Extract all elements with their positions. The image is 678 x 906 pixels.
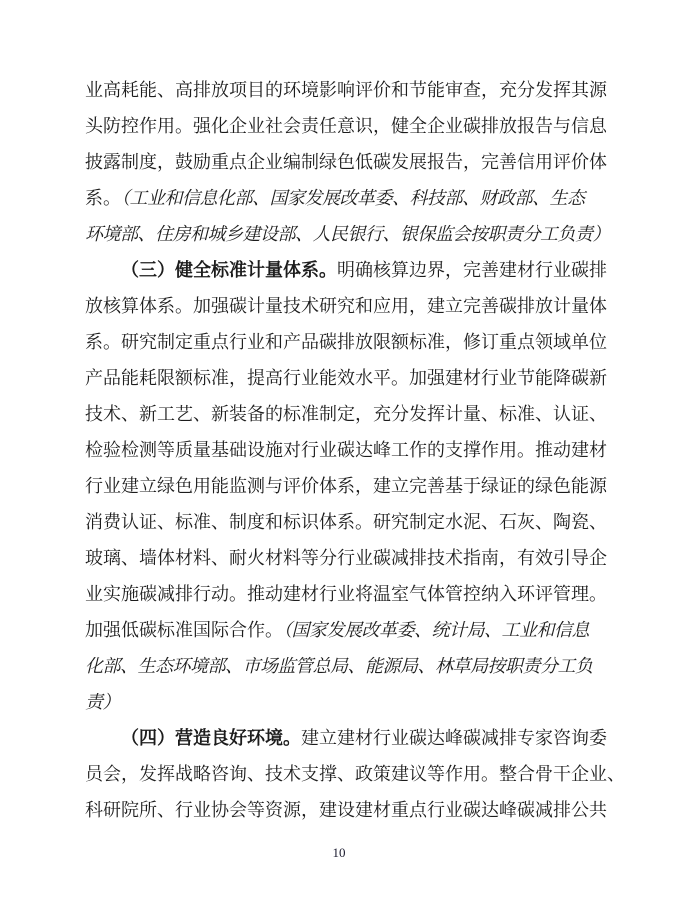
text-line: 业高耗能、高排放项目的环境影响评价和节能审查，充分发挥其源 <box>85 72 607 108</box>
text-line: 检验检测等质量基础设施对行业碳达峰工作的支撑作用。推动建材 <box>85 432 607 468</box>
text-segment-normal: 放核算体系。加强碳计量技术研究和应用，建立完善碳排放计量体 <box>85 296 607 316</box>
text-segment-normal: 加强低碳标准国际合作。 <box>85 620 283 640</box>
text-segment-normal: 披露制度，鼓励重点企业编制绿色低碳发展报告，完善信用评价体 <box>85 152 607 172</box>
text-line: 科研院所、行业协会等资源，建设建材重点行业碳达峰碳减排公共 <box>85 792 607 828</box>
text-segment-normal: 明确核算边界，完善建材行业碳排 <box>337 260 607 280</box>
document-page: 业高耗能、高排放项目的环境影响评价和节能审查，充分发挥其源头防控作用。强化企业社… <box>0 0 678 906</box>
text-segment-normal: 消费认证、标准、制度和标识体系。研究制定水泥、石灰、陶瓷、 <box>85 512 607 532</box>
text-segment-kaiti: 责） <box>85 692 120 712</box>
text-line: 系。（工业和信息化部、国家发展改革委、科技部、财政部、生态 <box>85 180 607 216</box>
text-line: 产品能耗限额标准，提高行业能效水平。加强建材行业节能降碳新 <box>85 360 607 396</box>
text-segment-normal: 技术、新工艺、新装备的标准制定，充分发挥计量、标准、认证、 <box>85 404 607 424</box>
text-line: 系。研究制定重点行业和产品碳排放限额标准，修订重点领域单位 <box>85 324 607 360</box>
text-line: 技术、新工艺、新装备的标准制定，充分发挥计量、标准、认证、 <box>85 396 607 432</box>
text-line: 披露制度，鼓励重点企业编制绿色低碳发展报告，完善信用评价体 <box>85 144 607 180</box>
text-segment-kaiti: （工业和信息化部、国家发展改革委、科技部、财政部、生态 <box>121 188 585 208</box>
text-line: 环境部、住房和城乡建设部、人民银行、银保监会按职责分工负责） <box>85 216 607 252</box>
text-segment-normal: 科研院所、行业协会等资源，建设建材重点行业碳达峰碳减排公共 <box>85 800 607 820</box>
text-line: （三）健全标准计量体系。明确核算边界，完善建材行业碳排 <box>85 252 607 288</box>
text-segment-normal: 玻璃、墙体材料、耐火材料等分行业碳减排技术指南，有效引导企 <box>85 548 607 568</box>
text-segment-normal: 检验检测等质量基础设施对行业碳达峰工作的支撑作用。推动建材 <box>85 440 607 460</box>
text-segment-normal: 行业建立绿色用能监测与评价体系，建立完善基于绿证的绿色能源 <box>85 476 607 496</box>
text-line: 消费认证、标准、制度和标识体系。研究制定水泥、石灰、陶瓷、 <box>85 504 607 540</box>
text-line: 加强低碳标准国际合作。（国家发展改革委、统计局、工业和信息 <box>85 612 607 648</box>
text-segment-kaiti: 化部、生态环境部、市场监管总局、能源局、林草局按职责分工负 <box>85 656 593 676</box>
text-segment-normal: 头防控作用。强化企业社会责任意识，健全企业碳排放报告与信息 <box>85 116 607 136</box>
text-line: 头防控作用。强化企业社会责任意识，健全企业碳排放报告与信息 <box>85 108 607 144</box>
text-line: 责） <box>85 684 607 720</box>
text-segment-normal: 建立建材行业碳达峰碳减排专家咨询委 <box>301 728 607 748</box>
text-segment-bold: （三）健全标准计量体系。 <box>121 260 337 280</box>
text-line: 员会，发挥战略咨询、技术支撑、政策建议等作用。整合骨干企业、 <box>85 756 607 792</box>
text-line: 化部、生态环境部、市场监管总局、能源局、林草局按职责分工负 <box>85 648 607 684</box>
text-line: 放核算体系。加强碳计量技术研究和应用，建立完善碳排放计量体 <box>85 288 607 324</box>
document-body: 业高耗能、高排放项目的环境影响评价和节能审查，充分发挥其源头防控作用。强化企业社… <box>85 72 607 828</box>
text-segment-bold: （四）营造良好环境。 <box>121 728 301 748</box>
text-segment-normal: 员会，发挥战略咨询、技术支撑、政策建议等作用。整合骨干企业、 <box>85 764 625 784</box>
page-number: 10 <box>0 845 678 861</box>
text-segment-kaiti: 环境部、住房和城乡建设部、人民银行、银保监会按职责分工负责） <box>85 224 610 244</box>
text-segment-normal: 系。 <box>85 188 121 208</box>
text-line: 业实施碳减排行动。推动建材行业将温室气体管控纳入环评管理。 <box>85 576 607 612</box>
text-segment-normal: 系。研究制定重点行业和产品碳排放限额标准，修订重点领域单位 <box>85 332 607 352</box>
text-line: （四）营造良好环境。建立建材行业碳达峰碳减排专家咨询委 <box>85 720 607 756</box>
text-segment-kaiti: （国家发展改革委、统计局、工业和信息 <box>283 620 589 640</box>
text-line: 玻璃、墙体材料、耐火材料等分行业碳减排技术指南，有效引导企 <box>85 540 607 576</box>
text-segment-normal: 业实施碳减排行动。推动建材行业将温室气体管控纳入环评管理。 <box>85 584 607 604</box>
text-line: 行业建立绿色用能监测与评价体系，建立完善基于绿证的绿色能源 <box>85 468 607 504</box>
text-segment-normal: 业高耗能、高排放项目的环境影响评价和节能审查，充分发挥其源 <box>85 80 607 100</box>
text-segment-normal: 产品能耗限额标准，提高行业能效水平。加强建材行业节能降碳新 <box>85 368 607 388</box>
